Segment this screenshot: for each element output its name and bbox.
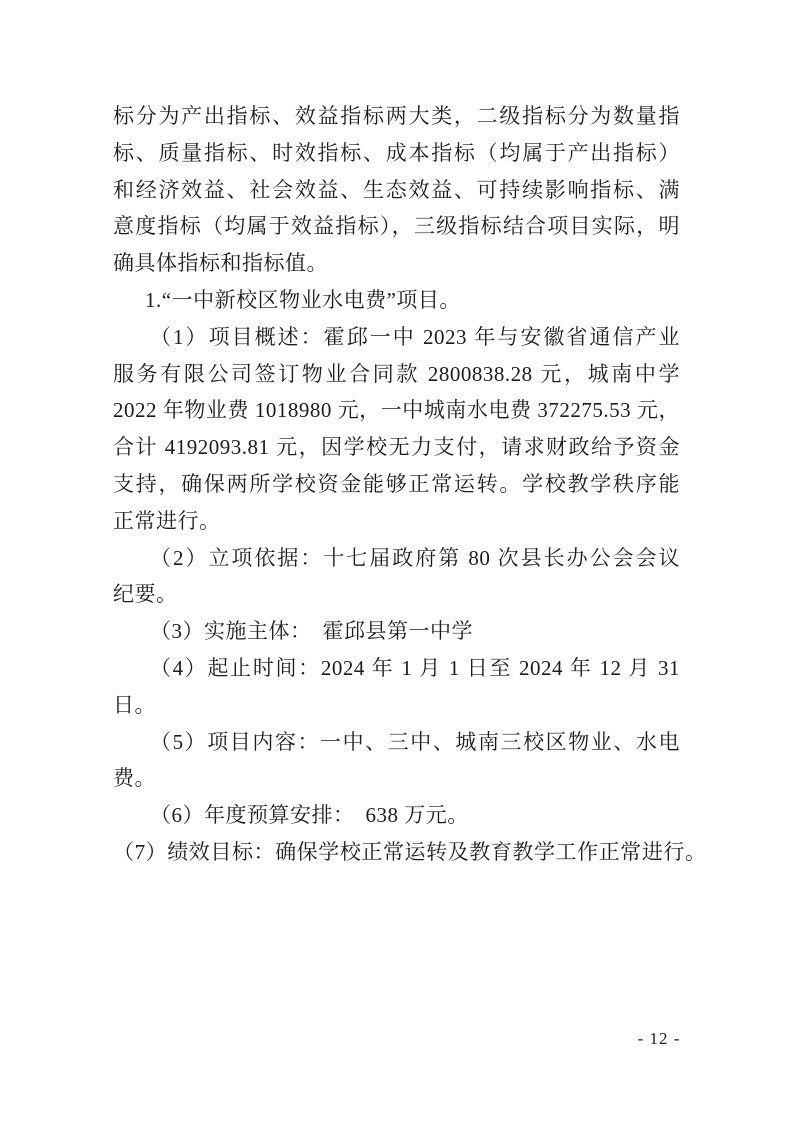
- text-line: （2）立项依据：十七届政府第 80 次县长办公会会议: [113, 540, 680, 577]
- text-line: 标、质量指标、时效指标、成本指标（均属于产出指标）: [113, 135, 680, 172]
- page-number: - 12 -: [618, 1028, 700, 1050]
- text-line: 正常进行。: [113, 503, 680, 540]
- text-line: （7）绩效目标：确保学校正常运转及教育教学工作正常进行。: [113, 834, 706, 871]
- document-text-block: 标分为产出指标、效益指标两大类，二级指标分为数量指 标、质量指标、时效指标、成本…: [113, 98, 680, 871]
- text-line-heading: 1.“一中新校区物业水电费”项目。: [113, 282, 680, 319]
- text-line: 服务有限公司签订物业合同款 2800838.28 元，城南中学: [113, 356, 680, 393]
- text-line: 标分为产出指标、效益指标两大类，二级指标分为数量指: [113, 98, 680, 135]
- text-line: 合计 4192093.81 元，因学校无力支付，请求财政给予资金: [113, 429, 680, 466]
- text-line: （5）项目内容：一中、三中、城南三校区物业、水电: [113, 724, 680, 761]
- text-line: （3）实施主体： 霍邱县第一中学: [113, 613, 680, 650]
- text-line: 支持，确保两所学校资金能够正常运转。学校教学秩序能: [113, 466, 680, 503]
- text-line: （6）年度预算安排： 638 万元。: [113, 797, 680, 834]
- text-line: 2022 年物业费 1018980 元，一中城南水电费 372275.53 元，: [113, 392, 680, 429]
- text-line: 纪要。: [113, 576, 680, 613]
- text-line: 日。: [113, 687, 680, 724]
- text-line: （4）起止时间：2024 年 1 月 1 日至 2024 年 12 月 31: [113, 650, 680, 687]
- text-line: 确具体指标和指标值。: [113, 245, 680, 282]
- text-line: 和经济效益、社会效益、生态效益、可持续影响指标、满: [113, 172, 680, 209]
- text-line: 意度指标（均属于效益指标），三级指标结合项目实际，明: [113, 208, 680, 245]
- text-line: （1）项目概述：霍邱一中 2023 年与安徽省通信产业: [113, 319, 680, 356]
- text-line: 费。: [113, 760, 680, 797]
- document-page: 标分为产出指标、效益指标两大类，二级指标分为数量指 标、质量指标、时效指标、成本…: [0, 0, 793, 1122]
